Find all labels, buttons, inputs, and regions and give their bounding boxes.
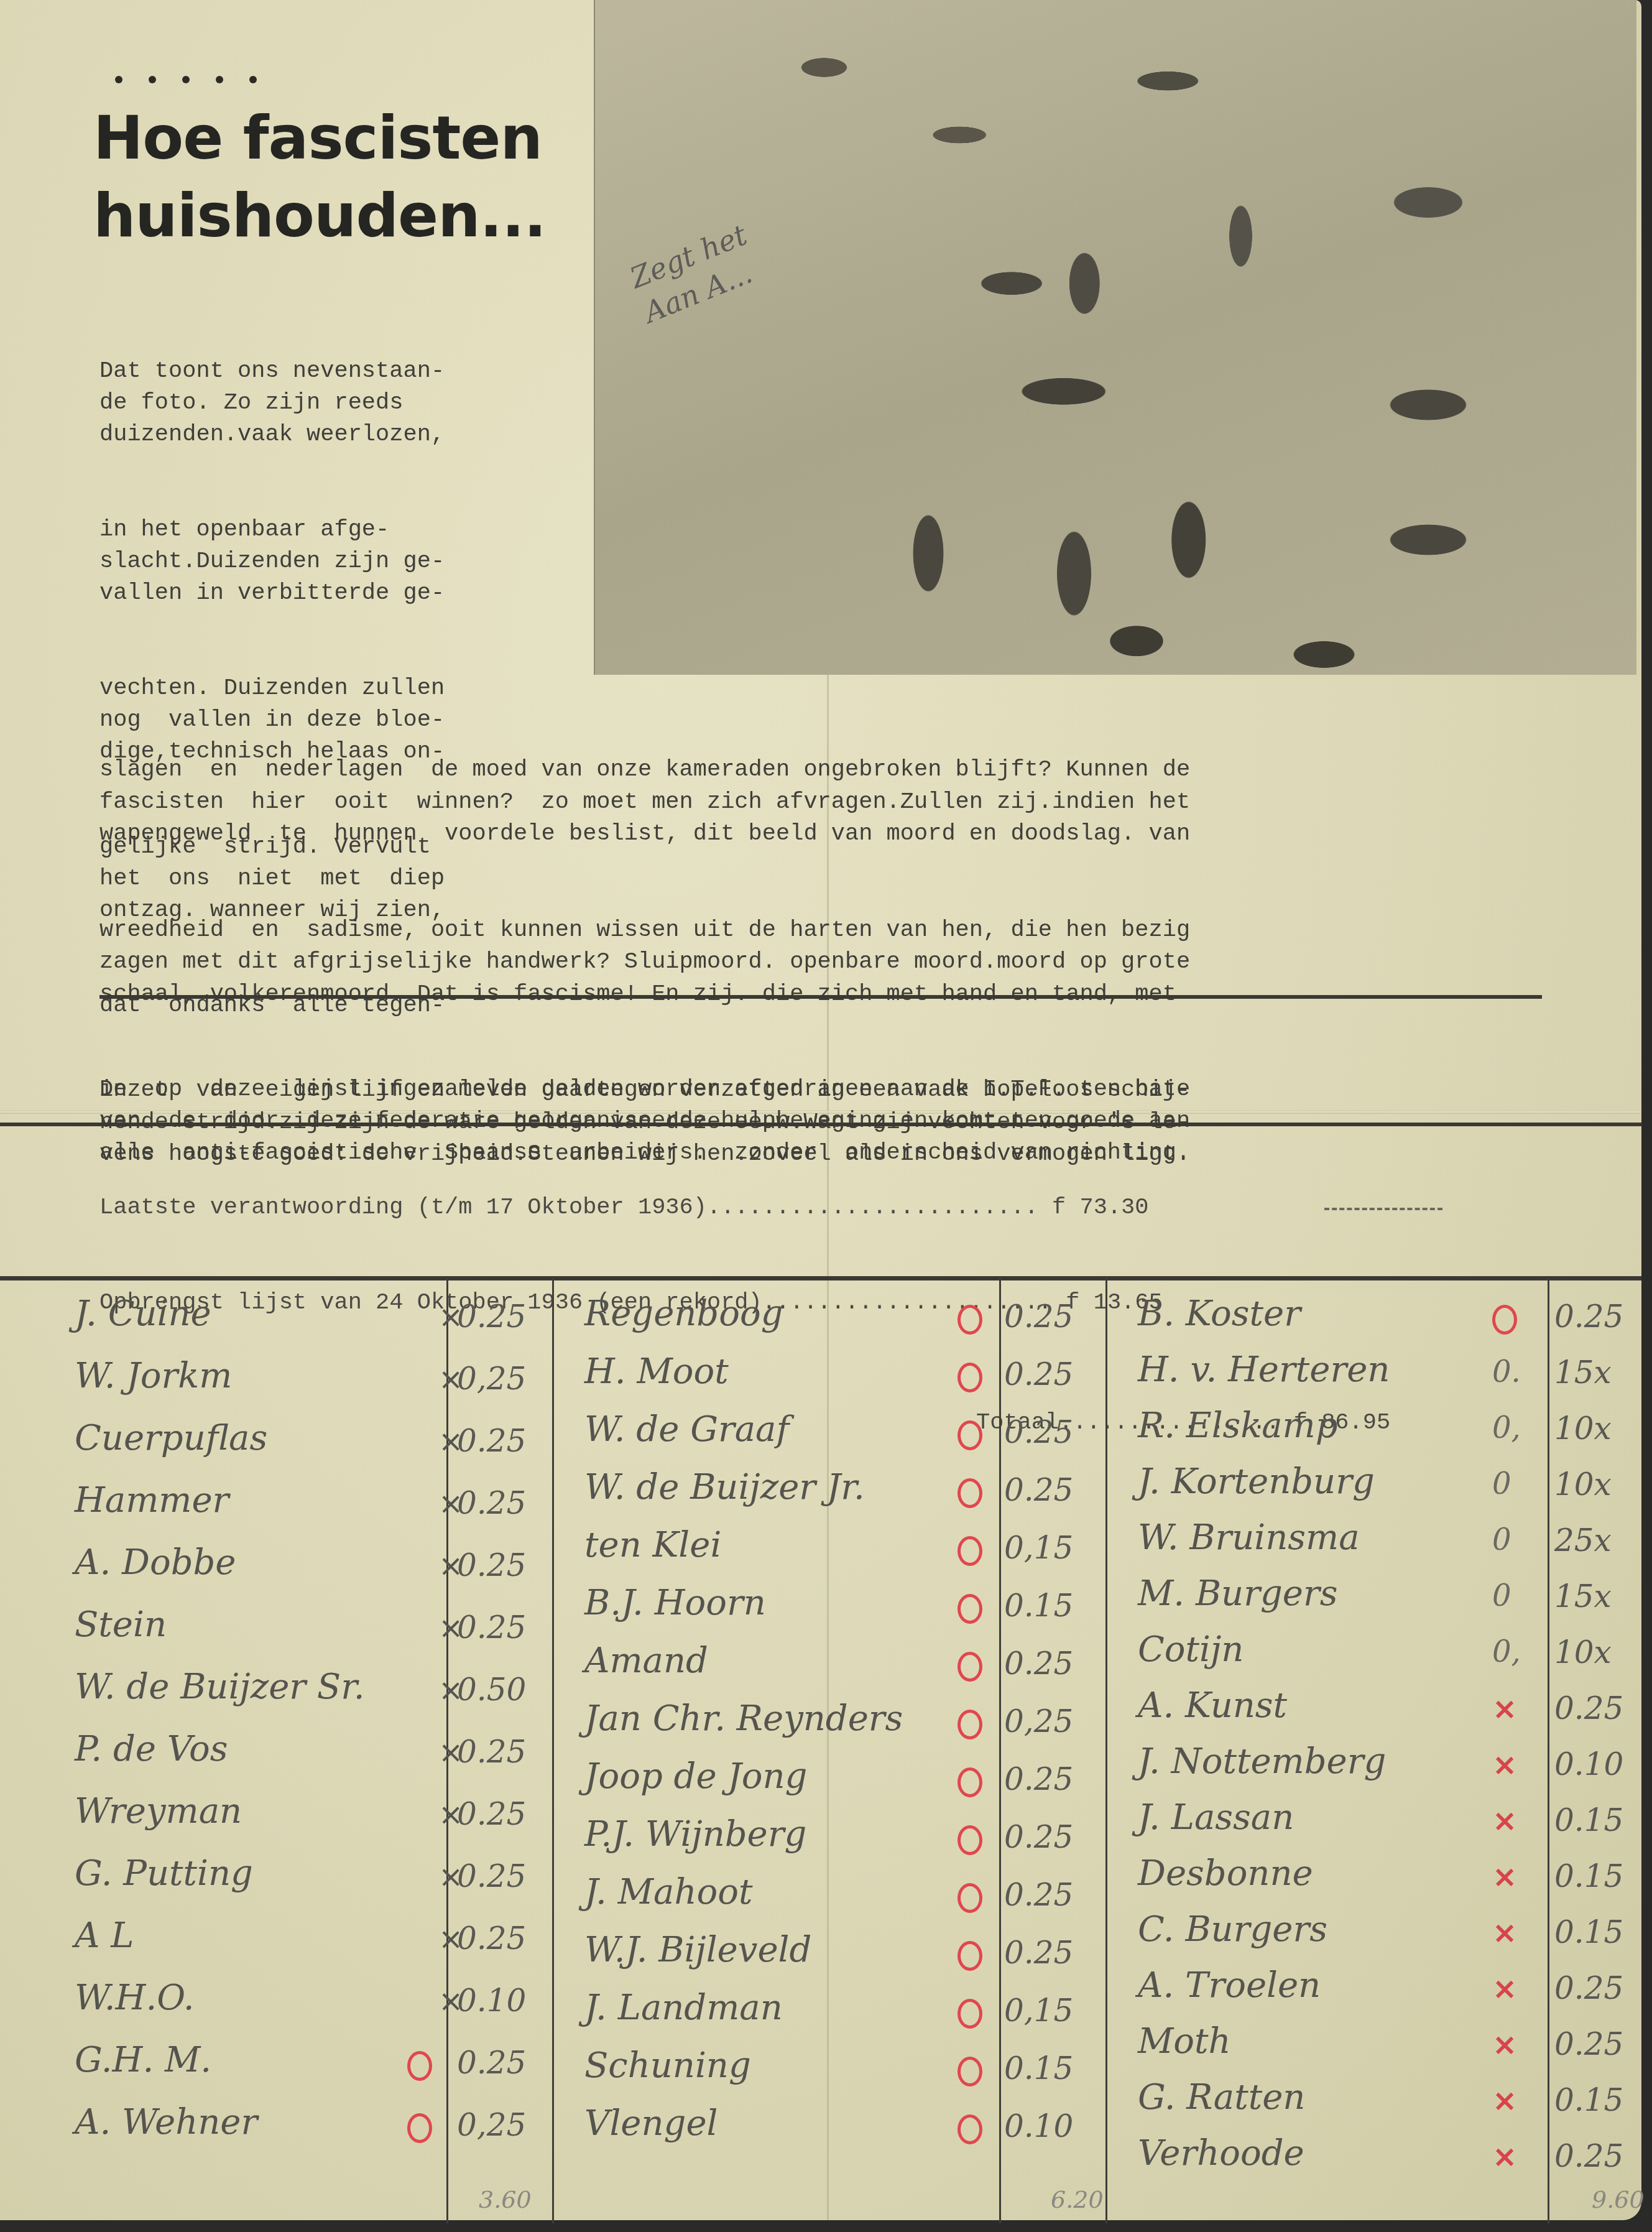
column-subtotal: 3.60: [479, 2186, 532, 2213]
red-cross-mark-icon: ×: [1492, 2139, 1517, 2174]
signature: W. Bruinsma: [1138, 1517, 1360, 1558]
column-subtotal: 6.20: [1051, 2186, 1104, 2213]
amount: 0.25: [457, 1609, 526, 1646]
signature: Schuning: [584, 2045, 751, 2086]
signature: Joop de Jong: [584, 1756, 807, 1797]
amount: 0.25: [1554, 1970, 1623, 2006]
red-circle-mark-icon: [958, 1478, 982, 1508]
red-circle-mark-icon: [958, 1652, 982, 1682]
pencil-prefix: 0,: [1492, 1410, 1521, 1445]
signature: M. Burgers: [1138, 1573, 1337, 1614]
signature: G. Putting: [75, 1853, 253, 1894]
pencil-prefix: 0: [1492, 1578, 1511, 1613]
signature: Verhoode: [1138, 2133, 1304, 2174]
amount: 0.25: [1554, 2138, 1623, 2174]
red-cross-mark-icon: ×: [1492, 1804, 1517, 1838]
amount: 0.25: [1004, 1299, 1073, 1335]
red-cross-mark-icon: ×: [1492, 1692, 1517, 1726]
signature: B.J. Hoorn: [584, 1583, 766, 1623]
table-top-rule: [0, 1276, 1641, 1280]
amount: 0.15: [1554, 1858, 1623, 1894]
amount: 0.25: [1004, 1356, 1073, 1392]
sum-line: [1324, 1208, 1442, 1210]
amount: 0.25: [1004, 1819, 1073, 1855]
amount: 0.25: [1004, 1877, 1073, 1913]
signature: A. Troelen: [1138, 1965, 1321, 2006]
column-divider: [999, 1278, 1001, 2223]
red-circle-mark-icon: [407, 2113, 432, 2143]
amount: 0.25: [457, 1734, 526, 1770]
amount: 0.10: [457, 1983, 526, 2019]
signature: Stein: [75, 1605, 167, 1645]
signature: W. de Buijzer Sr.: [75, 1667, 365, 1707]
amount: 0.25: [457, 1796, 526, 1832]
amount: 0.15: [1004, 1588, 1073, 1624]
signature: J. Landman: [584, 1988, 783, 2028]
signature: Regenboog: [584, 1294, 783, 1334]
signature: C. Burgers: [1138, 1909, 1327, 1950]
red-cross-mark-icon: ×: [1492, 1915, 1517, 1950]
column-divider: [1105, 1278, 1107, 2223]
amount: 0,25: [1004, 1703, 1073, 1739]
amount: 0.25: [1004, 1646, 1073, 1682]
amount: 0.25: [457, 1547, 526, 1583]
amount: 0.25: [457, 1858, 526, 1894]
amount: 10x: [1554, 1410, 1612, 1447]
signature: H. v. Herteren: [1138, 1350, 1390, 1390]
amount: 15x: [1554, 1578, 1612, 1614]
signature: W.H.O.: [75, 1978, 195, 2018]
signature: R. Elskamp: [1138, 1405, 1338, 1446]
signature: J. Kortenburg: [1138, 1461, 1375, 1502]
amount: 0,25: [457, 2107, 526, 2143]
amount: 0.25: [1004, 1414, 1073, 1450]
red-circle-mark-icon: [407, 2051, 432, 2081]
red-circle-mark-icon: [958, 1536, 982, 1566]
pencil-prefix: 0,: [1492, 1634, 1521, 1669]
amount: 0,15: [1004, 1530, 1073, 1566]
signature: A. Kunst: [1138, 1685, 1287, 1726]
amount: 10x: [1554, 1634, 1612, 1670]
pencil-prefix: 0: [1492, 1522, 1511, 1557]
signature: P.J. Wijnberg: [584, 1814, 806, 1855]
signature: P. de Vos: [75, 1729, 228, 1769]
amount: 0.50: [457, 1672, 526, 1708]
amount: 0.25: [1004, 1761, 1073, 1797]
red-circle-mark-icon: [958, 1941, 982, 1971]
signature: Desbonne: [1138, 1853, 1313, 1894]
amount: 0.25: [457, 1423, 526, 1459]
red-cross-mark-icon: ×: [1492, 1748, 1517, 1782]
signature: J. Cuine: [75, 1294, 211, 1334]
signature: J. Mahoot: [584, 1872, 752, 1912]
signature: J. Nottemberg: [1138, 1741, 1386, 1782]
amount: 0.25: [1004, 1472, 1073, 1508]
red-cross-mark-icon: ×: [1492, 2027, 1517, 2062]
red-circle-mark-icon: [958, 1305, 982, 1335]
signature: W. de Graaf: [584, 1409, 789, 1450]
signature: W. Jorkm: [75, 1356, 232, 1396]
amount: 0,25: [457, 1361, 526, 1397]
red-circle-mark-icon: [958, 1363, 982, 1392]
amount: 0.25: [457, 1485, 526, 1521]
column-divider: [552, 1278, 554, 2223]
ledger-row: Laatste verantwoording (t/m 17 Oktober 1…: [99, 1192, 1390, 1224]
signature: A. Dobbe: [75, 1542, 236, 1583]
amount: 0.15: [1004, 2050, 1073, 2086]
signature: A. Wehner: [75, 2102, 257, 2142]
red-circle-mark-icon: [958, 1999, 982, 2029]
red-circle-mark-icon: [958, 1883, 982, 1913]
signature: Vlengel: [584, 2103, 718, 2144]
red-cross-mark-icon: ×: [1492, 1971, 1517, 2006]
red-circle-mark-icon: [958, 2057, 982, 2086]
signature: Cotijn: [1138, 1629, 1244, 1670]
amount: 0.15: [1554, 1802, 1623, 1838]
signature: H. Moot: [584, 1351, 729, 1392]
signature: Amand: [584, 1641, 708, 1681]
amount: 0,15: [1004, 1993, 1073, 2029]
red-circle-mark-icon: [958, 1594, 982, 1624]
signature: ten Klei: [584, 1525, 721, 1565]
pencil-prefix: 0.: [1492, 1354, 1521, 1389]
signature: W. de Buijzer Jr.: [584, 1467, 865, 1507]
amount: 0.25: [1554, 1690, 1623, 1726]
signature: A L: [75, 1915, 134, 1956]
document-page: Hoe fascisten huishouden... Zegt het Aan…: [0, 0, 1641, 2220]
signature: Cuerpuflas: [75, 1418, 267, 1458]
news-photo: [594, 0, 1636, 675]
red-circle-mark-icon: [958, 1767, 982, 1797]
page-title: Hoe fascisten huishouden...: [93, 100, 546, 255]
red-circle-mark-icon: [958, 1420, 982, 1450]
signature: G.H. M.: [75, 2040, 211, 2080]
red-circle-mark-icon: [958, 1825, 982, 1855]
amount: 0.25: [1554, 1299, 1623, 1335]
amount: 0.25: [1004, 1935, 1073, 1971]
amount: 0.15: [1554, 1914, 1623, 1950]
red-circle-mark-icon: [958, 1710, 982, 1739]
signature: Jan Chr. Reynders: [584, 1698, 903, 1739]
red-cross-mark-icon: ×: [1492, 1859, 1517, 1894]
amount: 0.15: [1554, 2082, 1623, 2118]
amount: 0.25: [1554, 2026, 1623, 2062]
amount: 0.25: [457, 1920, 526, 1956]
signature: G. Ratten: [1138, 2077, 1305, 2118]
red-circle-mark-icon: [1492, 1305, 1517, 1335]
amount: 0.10: [1004, 2108, 1073, 2144]
signature: B. Koster: [1138, 1294, 1301, 1334]
amount: 0.25: [457, 1299, 526, 1335]
amount: 25x: [1554, 1522, 1612, 1558]
amount: 0.10: [1554, 1746, 1623, 1782]
column-subtotal: 9.60: [1592, 2186, 1645, 2213]
amount: 15x: [1554, 1354, 1612, 1391]
divider-rule: [99, 995, 1542, 999]
pencil-prefix: 0: [1492, 1466, 1511, 1501]
signature: Hammer: [75, 1480, 229, 1521]
amount: 10x: [1554, 1466, 1612, 1503]
punch-holes: [115, 76, 257, 83]
red-cross-mark-icon: ×: [1492, 2083, 1517, 2118]
divider-rule: [0, 1123, 1641, 1126]
signature: Moth: [1138, 2021, 1231, 2062]
signature: J. Lassan: [1138, 1797, 1294, 1838]
red-circle-mark-icon: [958, 2114, 982, 2144]
column-divider: [1548, 1278, 1549, 2223]
signature: W.J. Bijleveld: [584, 1930, 811, 1970]
signature: Wreyman: [75, 1791, 242, 1831]
amount: 0.25: [457, 2045, 526, 2081]
